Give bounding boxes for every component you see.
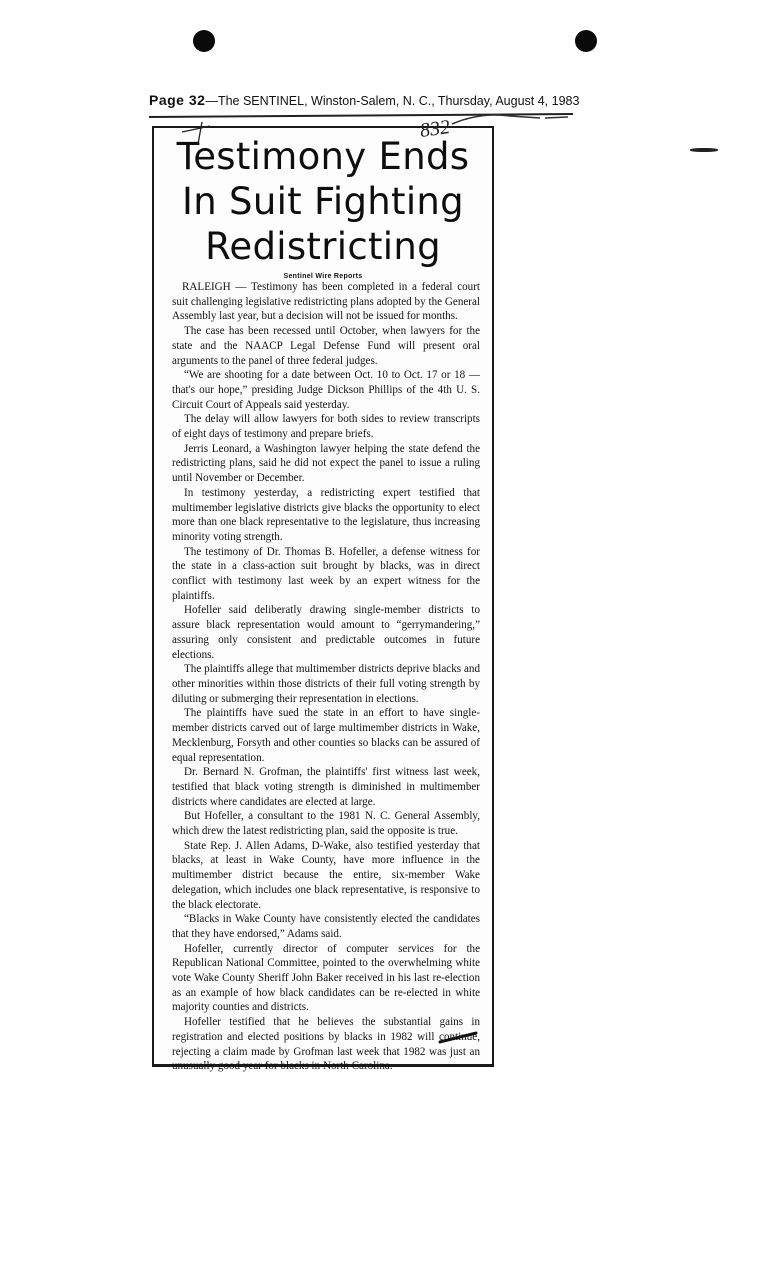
paragraph: “We are shooting for a date between Oct.… (172, 368, 480, 412)
paragraph: In testimony yesterday, a redistricting … (172, 486, 480, 545)
masthead-text: —The SENTINEL, Winston-Salem, N. C., Thu… (205, 94, 579, 108)
paragraph: Dr. Bernard N. Grofman, the plaintiffs' … (172, 765, 480, 809)
article-body: RALEIGH — Testimony has been completed i… (154, 280, 492, 1074)
page-number: Page 32 (149, 92, 205, 108)
byline: Sentinel Wire Reports (154, 273, 492, 280)
handwritten-check-icon (180, 118, 230, 148)
newspaper-masthead: Page 32—The SENTINEL, Winston-Salem, N. … (149, 92, 563, 108)
headline: Testimony Ends In Suit Fighting Redistri… (154, 134, 492, 269)
headline-line-2: In Suit Fighting (154, 179, 492, 224)
paragraph: The delay will allow lawyers for both si… (172, 412, 480, 441)
handwritten-stroke-icon (450, 108, 570, 128)
paragraph: RALEIGH — Testimony has been completed i… (172, 280, 480, 324)
paragraph: Hofeller testified that he believes the … (172, 1015, 480, 1074)
article-clipping: Testimony Ends In Suit Fighting Redistri… (152, 126, 494, 1067)
ink-smudge (690, 148, 718, 152)
paragraph: “Blacks in Wake County have consistently… (172, 912, 480, 941)
paragraph: The plaintiffs have sued the state in an… (172, 706, 480, 765)
paragraph: The case has been recessed until October… (172, 324, 480, 368)
binder-hole-left (193, 30, 215, 52)
paragraph: The testimony of Dr. Thomas B. Hofeller,… (172, 545, 480, 604)
paragraph: The plaintiffs allege that multimember d… (172, 662, 480, 706)
headline-line-3: Redistricting (154, 224, 492, 269)
handwritten-page-mark: 832 (419, 116, 452, 143)
paragraph: Hofeller, currently director of computer… (172, 942, 480, 1016)
paragraph: Hofeller said deliberatly drawing single… (172, 603, 480, 662)
paragraph: But Hofeller, a consultant to the 1981 N… (172, 809, 480, 838)
paragraph: State Rep. J. Allen Adams, D-Wake, also … (172, 839, 480, 913)
paragraph: Jerris Leonard, a Washington lawyer help… (172, 442, 480, 486)
binder-hole-right (575, 30, 597, 52)
